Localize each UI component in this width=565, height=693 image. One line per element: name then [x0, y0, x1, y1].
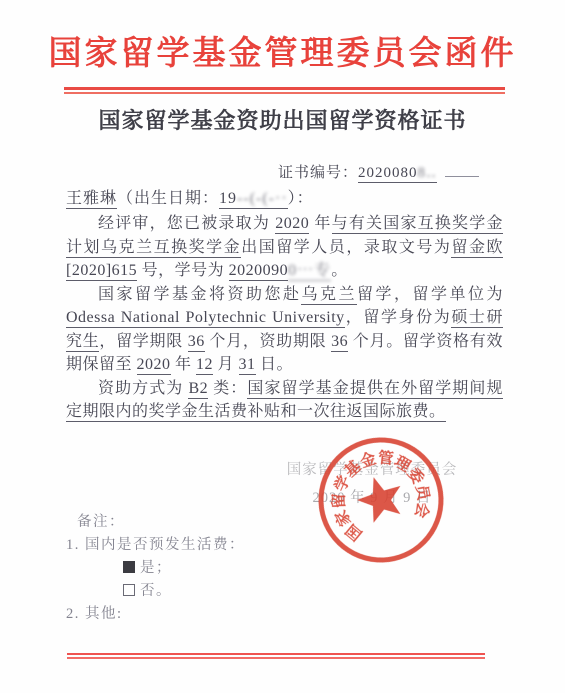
option-no-label: 否。: [140, 583, 172, 599]
footer-line-bottom: [67, 657, 485, 659]
text-segment: 经评审，您已被录取为: [98, 215, 275, 232]
paragraph-admission: 经评审，您已被录取为 2020 年与有关国家互换奖学金计划乌克兰互换奖学金出国留…: [66, 212, 503, 283]
divider-line-thin: [64, 92, 505, 94]
certificate-number-label: 证书编号：: [278, 165, 358, 181]
document-title: 国家留学基金资助出国留学资格证书: [0, 108, 565, 134]
notes-section: 备注： 1. 国内是否预发生活费： 是； 否。 2. 其他:: [66, 511, 245, 626]
birthdate-redacted: --(-(-··: [237, 190, 288, 207]
host-university: Odessa National Polytechnic University: [66, 309, 345, 328]
text-segment: 号，学号为: [137, 262, 229, 279]
valid-year: 2020: [137, 356, 171, 375]
seal-char: 会: [411, 500, 433, 520]
text-segment: ，留学期限: [99, 333, 187, 350]
blank-underline: [445, 176, 479, 177]
study-duration: 36: [188, 333, 205, 352]
birthdate-label: （出生日期：: [117, 190, 219, 207]
funding-duration: 36: [331, 333, 348, 352]
official-red-seal: 国 家 留 学 基 金 管 理 委 员 会: [297, 416, 466, 585]
text-segment-underlined: 2020: [275, 215, 309, 234]
destination-country: 乌克兰: [301, 286, 357, 305]
text-segment: 留学，留学单位为: [357, 286, 503, 303]
checkbox-yes-checked: [123, 561, 135, 573]
recipient-line: 王雅琳（出生日期：19--(-(-··）：: [66, 188, 503, 209]
text-segment: 日。: [256, 356, 294, 373]
notes-item-1: 1. 国内是否预发生活费：: [66, 534, 245, 557]
option-no-row: 否。: [66, 580, 245, 603]
student-id-redacted: 0⋯专: [288, 262, 331, 281]
valid-month: 12: [196, 356, 213, 375]
text-segment: 类：: [208, 380, 247, 397]
birthdate-visible: 19: [219, 190, 237, 207]
recipient-name: 王雅琳: [66, 190, 117, 209]
text-segment: 国家留学基金将资助您赴: [98, 286, 301, 303]
scanned-certificate-page: 国家留学基金管理委员会函件 国家留学基金资助出国留学资格证书 证书编号：2020…: [0, 0, 565, 693]
certificate-number-redacted: 8‥: [417, 165, 437, 181]
text-segment: 资助方式为: [98, 380, 188, 397]
funding-category: B2: [188, 380, 208, 399]
letterhead-title: 国家留学基金管理委员会函件: [0, 34, 565, 74]
text-segment: 年: [171, 356, 197, 373]
notes-title: 备注：: [66, 511, 245, 534]
certificate-number-value: 20200808‥: [358, 165, 437, 183]
option-yes-label: 是；: [140, 560, 172, 576]
valid-day: 31: [239, 356, 256, 375]
paragraph-funding-details: 国家留学基金将资助您赴乌克兰留学，留学单位为 Odessa National P…: [66, 283, 503, 377]
student-id-visible: 2020090: [229, 262, 289, 281]
text-segment: 出国留学人员，录取文号为: [241, 239, 451, 256]
certificate-number-line: 证书编号：20200808‥: [0, 163, 565, 183]
recipient-line-close: ）：: [288, 190, 314, 207]
footer-divider: [67, 653, 485, 659]
option-yes-row: 是；: [66, 557, 245, 580]
text-segment: ，留学身份为: [345, 309, 452, 326]
paragraph-funding-type: 资助方式为 B2 类：国家留学基金提供在外留学期间规定期限内的奖学金生活费补贴和…: [66, 377, 503, 424]
seal-star-icon: [352, 470, 409, 525]
certificate-number-visible: 2020080: [358, 165, 418, 181]
text-segment: 。: [331, 262, 348, 279]
checkbox-no-unchecked: [123, 584, 135, 596]
text-segment: 个月，资助期限: [205, 333, 331, 350]
seal-char: 留: [329, 493, 348, 509]
notes-item-2: 2. 其他:: [66, 603, 245, 626]
birthdate-value: 19--(-(-··: [219, 190, 288, 209]
text-segment: 月: [213, 356, 239, 373]
text-segment: 年: [309, 215, 331, 232]
letterhead-divider: [64, 87, 505, 94]
